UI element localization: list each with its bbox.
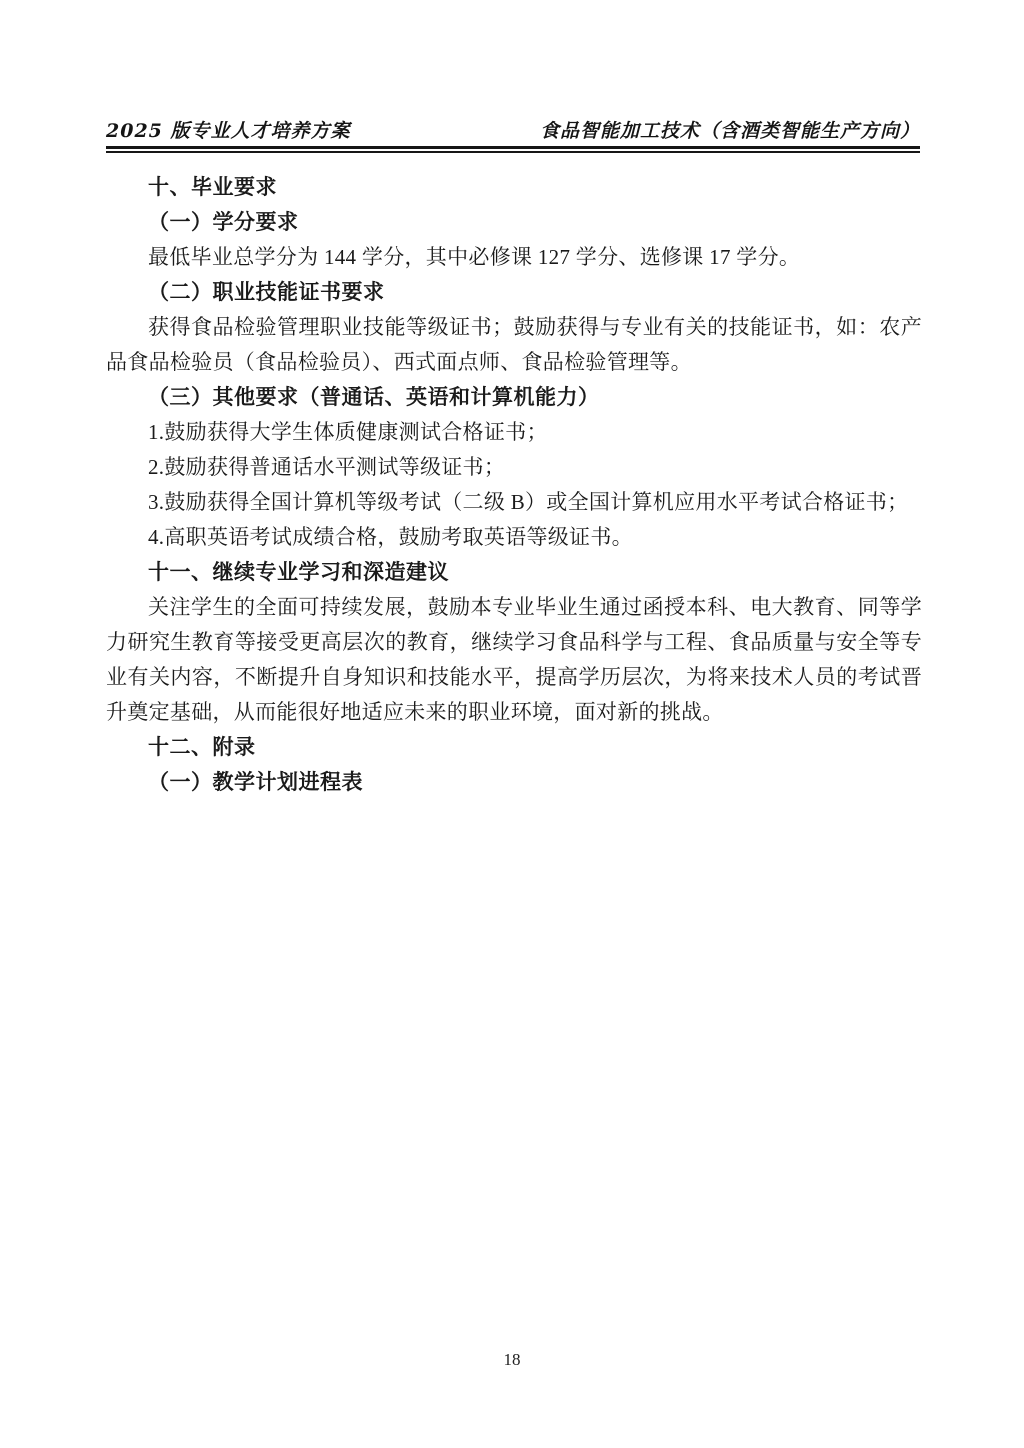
subheading-teaching-plan-table: （一）教学计划进程表 <box>106 765 922 800</box>
paragraph-certificate-detail: 获得食品检验管理职业技能等级证书；鼓励获得与专业有关的技能证书，如：农产品食品检… <box>106 310 922 380</box>
heading-graduation-requirements: 十、毕业要求 <box>106 170 922 205</box>
paragraph-further-study: 关注学生的全面可持续发展，鼓励本专业毕业生通过函授本科、电大教育、同等学力研究生… <box>106 590 922 730</box>
subheading-other-requirements: （三）其他要求（普通话、英语和计算机能力） <box>106 380 922 415</box>
list-item-computer-test: 3.鼓励获得全国计算机等级考试（二级 B）或全国计算机应用水平考试合格证书； <box>106 485 922 520</box>
list-item-english-test: 4.高职英语考试成绩合格，鼓励考取英语等级证书。 <box>106 520 922 555</box>
subheading-vocational-certificate: （二）职业技能证书要求 <box>106 275 922 310</box>
subheading-credit-requirements: （一）学分要求 <box>106 205 922 240</box>
paragraph-credit-detail: 最低毕业总学分为 144 学分，其中必修课 127 学分、选修课 17 学分。 <box>106 240 922 275</box>
list-item-putonghua-test: 2.鼓励获得普通话水平测试等级证书； <box>106 450 922 485</box>
header-left-title: 2025 版专业人才培养方案 <box>106 116 351 143</box>
page-header: 2025 版专业人才培养方案 食品智能加工技术（含酒类智能生产方向） <box>106 116 920 143</box>
page-footer: 18 <box>0 1350 1024 1370</box>
page-number: 18 <box>504 1350 521 1369</box>
document-body: 十、毕业要求 （一）学分要求 最低毕业总学分为 144 学分，其中必修课 127… <box>106 170 922 800</box>
heading-further-study: 十一、继续专业学习和深造建议 <box>106 555 922 590</box>
heading-appendix: 十二、附录 <box>106 730 922 765</box>
header-divider-rule <box>106 146 920 153</box>
document-page: 2025 版专业人才培养方案 食品智能加工技术（含酒类智能生产方向） 十、毕业要… <box>0 0 1024 1448</box>
list-item-physical-test: 1.鼓励获得大学生体质健康测试合格证书； <box>106 415 922 450</box>
header-right-title: 食品智能加工技术（含酒类智能生产方向） <box>540 116 920 143</box>
